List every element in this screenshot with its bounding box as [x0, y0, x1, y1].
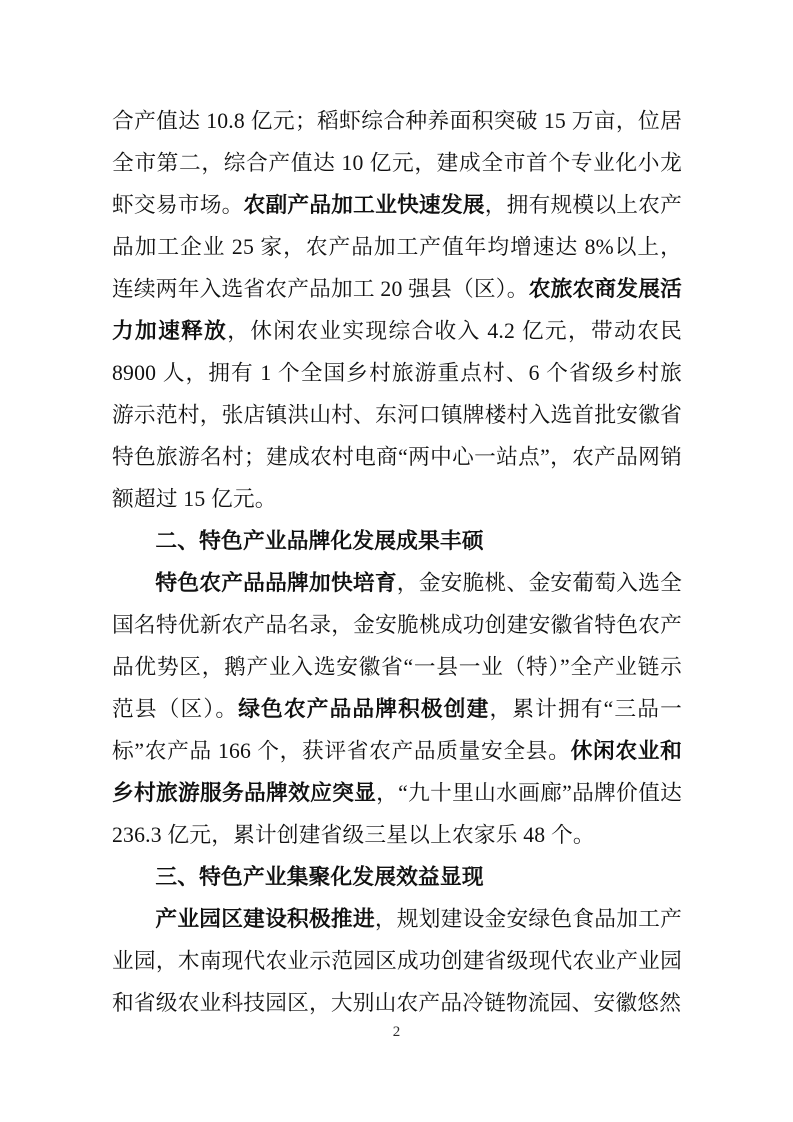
paragraph: 产业园区建设积极推进，规划建设金安绿色食品加工产业园，木南现代农业示范园区成功创… [112, 898, 682, 1024]
document-body: 合产值达 10.8 亿元；稻虾综合种养面积突破 15 万亩，位居全市第二，综合产… [112, 100, 682, 1024]
bold-text-run: 二、特色产业品牌化发展成果丰硕 [155, 529, 483, 553]
section-heading: 二、特色产业品牌化发展成果丰硕 [112, 520, 682, 562]
document-page: 合产值达 10.8 亿元；稻虾综合种养面积突破 15 万亩，位居全市第二，综合产… [0, 0, 793, 1122]
page-footer: 2 [0, 1022, 793, 1042]
bold-text-run: 三、特色产业集聚化发展效益显现 [155, 865, 483, 889]
page-number: 2 [393, 1024, 401, 1040]
section-heading: 三、特色产业集聚化发展效益显现 [112, 856, 682, 898]
bold-text-run: 产业园区建设积极推进 [155, 907, 374, 931]
paragraph: 合产值达 10.8 亿元；稻虾综合种养面积突破 15 万亩，位居全市第二，综合产… [112, 100, 682, 520]
bold-text-run: 绿色农产品品牌积极创建 [238, 697, 489, 721]
bold-text-run: 特色农产品品牌加快培育 [155, 571, 396, 595]
paragraph: 特色农产品品牌加快培育，金安脆桃、金安葡萄入选全国名特优新农产品名录，金安脆桃成… [112, 562, 682, 856]
bold-text-run: 农副产品加工业快速发展 [244, 193, 485, 217]
text-run: ，休闲农业实现综合收入 4.2 亿元，带动农民 8900 人，拥有 1 个全国乡… [112, 319, 682, 511]
